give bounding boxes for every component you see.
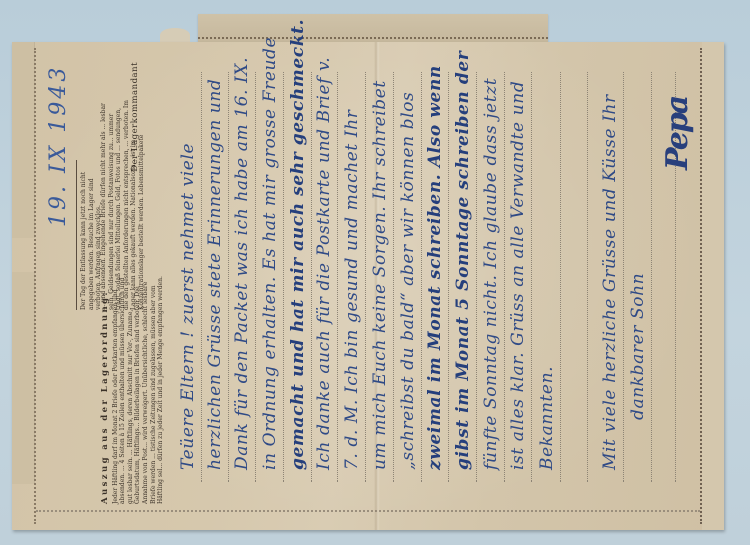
ruled-line: [228, 72, 229, 482]
ruled-line: [337, 72, 338, 482]
perforation-bottom: [36, 510, 700, 512]
handwritten-line: ist alles klar. Grüss an alle Verwandte …: [508, 81, 528, 470]
signature: Pepa: [660, 97, 695, 170]
ruled-line: [651, 72, 652, 482]
top-flap: [198, 14, 548, 42]
ruled-line: [283, 72, 284, 482]
ruled-line: [255, 72, 256, 482]
handwritten-line: Teüere Eltern ! zuerst nehmet viele: [178, 143, 198, 470]
ruled-line: [560, 72, 561, 482]
handwritten-line: Bekannten.: [537, 366, 557, 470]
handwritten-line: um mich Euch keine Sorgen. Ihr schreibet: [370, 80, 390, 470]
perforation-right: [700, 48, 702, 524]
commandant-label: Der Lagerkommandant: [132, 62, 140, 222]
print-rule: [76, 160, 77, 310]
excerpt-body: Jeder Häftling darf im Monat 2 Briefe od…: [112, 274, 165, 504]
handwritten-line: zweimal im Monat schreiben. Also wenn: [425, 65, 445, 470]
ruled-line: [448, 72, 449, 482]
printed-notice-top: Der Tag der Entlassung kann jetzt noch n…: [76, 160, 103, 310]
handwritten-line: herzlichen Grüsse stete Erinnerungen und: [205, 79, 225, 470]
ruled-line: [393, 72, 394, 482]
right-margin-strip: [702, 42, 724, 530]
handwritten-line: gemacht und hat mir auch sehr geschmeckt…: [288, 19, 308, 470]
handwritten-line: Dank für den Packet was ich habe am 16. …: [232, 57, 252, 470]
handwritten-line: gibst im Monat 5 Sonntage schreiben der: [453, 51, 473, 470]
printed-excerpt: Auszug aus der Lagerordnung: Jeder Häftl…: [102, 274, 165, 504]
handwritten-line: 7. d. M. Ich bin gesund und machet Ihr: [342, 110, 362, 470]
handwritten-line: „schreibst du bald“ aber wir können blos: [398, 92, 418, 470]
handwritten-line: dankbarer Sohn: [628, 273, 648, 420]
paper-tear: [160, 28, 190, 42]
ruled-line: [365, 72, 366, 482]
printed-signature-block: Der Lagerkommandant: [132, 62, 140, 222]
handwritten-line: fünfte Sonntag nicht. Ich glaube dass je…: [481, 78, 501, 470]
ruled-line: [587, 72, 588, 482]
perforation-left: [34, 48, 36, 524]
left-margin-strip: [12, 42, 35, 238]
photo-scene: Der Tag der Entlassung kann jetzt noch n…: [0, 0, 750, 545]
ruled-line: [476, 72, 477, 482]
ruled-line: [504, 72, 505, 482]
perforation-top: [198, 37, 548, 39]
ruled-line: [311, 72, 312, 482]
ruled-line: [201, 72, 202, 482]
handwritten-line: Mit viele herzliche Grüsse und Küsse Ihr: [600, 94, 620, 470]
ruled-line: [531, 72, 532, 482]
left-margin-strip-lower: [12, 272, 35, 484]
handwritten-line: in Ordnung erhalten. Es hat mir grosse F…: [260, 37, 280, 470]
ruled-line: [623, 72, 624, 482]
handwritten-line: Ich danke auch für die Postkarte und Bri…: [314, 57, 334, 470]
ruled-line: [421, 72, 422, 482]
excerpt-heading: Auszug aus der Lagerordnung:: [102, 274, 110, 504]
handwritten-date: 19. IX 1943: [46, 65, 71, 227]
lettercard-sheet: Der Tag der Entlassung kann jetzt noch n…: [12, 42, 724, 530]
